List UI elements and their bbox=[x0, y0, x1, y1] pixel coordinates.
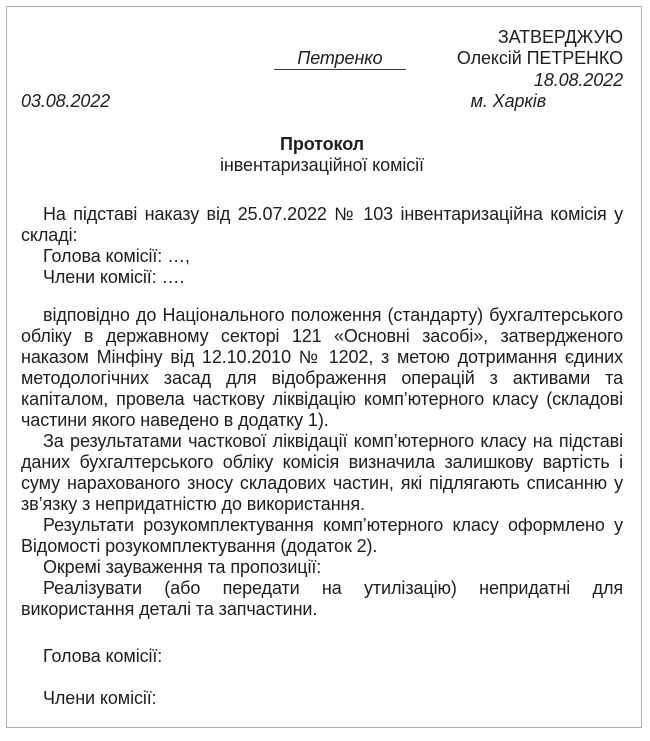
signature-line: Петренко bbox=[274, 48, 406, 70]
doc-paragraph: За результатами часткової ліквідації ком… bbox=[21, 431, 623, 515]
signature-value: Петренко bbox=[297, 48, 382, 68]
doc-subtitle: інвентаризаційної комісії bbox=[21, 155, 623, 176]
doc-paragraph: Окремі зауваження та пропозиції: bbox=[21, 557, 623, 578]
doc-date: 03.08.2022 bbox=[21, 91, 110, 112]
date-place-row: 03.08.2022 м. Харків bbox=[21, 91, 623, 112]
doc-paragraph: Члени комісії: …. bbox=[21, 267, 623, 288]
doc-paragraph: Результати розукомплектування комп’ютерн… bbox=[21, 515, 623, 557]
doc-paragraph: На підставі наказу від 25.07.2022 № 103 … bbox=[21, 204, 623, 246]
approval-block: ЗАТВЕРДЖУЮ Петренко Олексій ПЕТРЕНКО 18.… bbox=[21, 27, 623, 112]
place-name: м. Харків bbox=[471, 91, 623, 112]
approve-date: 18.08.2022 bbox=[21, 70, 623, 91]
members-signature-label: Члени комісії: bbox=[21, 688, 623, 709]
doc-title: Протокол bbox=[21, 134, 623, 155]
doc-paragraph: Реалізувати (або передати на утилізацію)… bbox=[21, 578, 623, 620]
document-page: ЗАТВЕРДЖУЮ Петренко Олексій ПЕТРЕНКО 18.… bbox=[0, 0, 650, 709]
head-signature-label: Голова комісії: bbox=[21, 646, 623, 667]
approve-stamp-label: ЗАТВЕРДЖУЮ bbox=[21, 27, 623, 48]
doc-paragraph: відповідно до Національного положення (с… bbox=[21, 305, 623, 431]
doc-paragraph: Голова комісії: …, bbox=[21, 246, 623, 267]
approver-name: Олексій ПЕТРЕНКО bbox=[457, 48, 623, 69]
doc-body: На підставі наказу від 25.07.2022 № 103 … bbox=[21, 204, 623, 620]
signature-row: Петренко Олексій ПЕТРЕНКО bbox=[21, 48, 623, 70]
